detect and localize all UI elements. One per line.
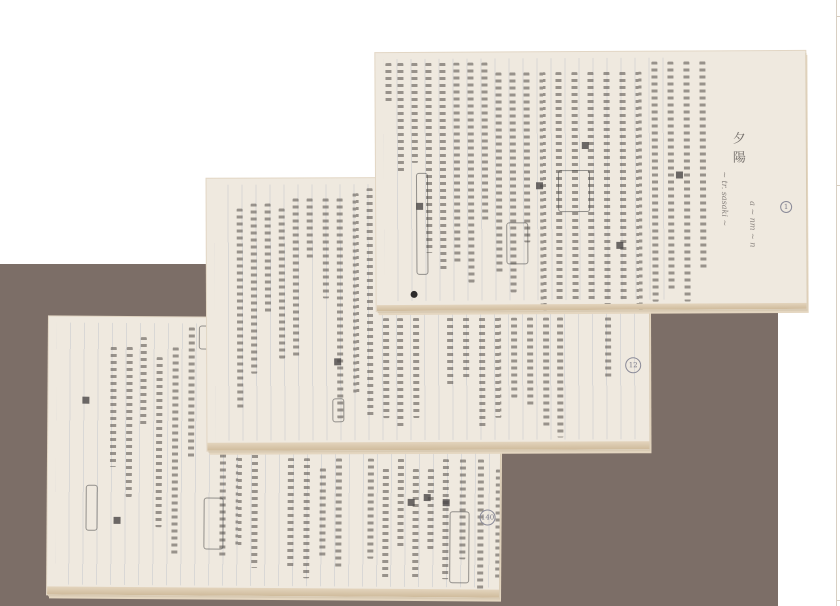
right-edge-line [836, 0, 837, 606]
manuscript-title: 夕陽 [728, 131, 747, 169]
correction-mark [676, 172, 683, 179]
correction-mark [114, 517, 121, 524]
manuscript-page-1: 夕陽 ~ tr. sasaki ~ a ~ nm ~ n 1 [375, 51, 806, 311]
title-annotation: ~ tr. sasaki ~ [720, 171, 730, 271]
correction-mark [424, 494, 431, 501]
page-number: 140 [480, 509, 496, 525]
correction-mark [82, 397, 89, 404]
page-number: 1 [780, 201, 792, 213]
correction-mark [443, 499, 450, 506]
correction-mark [582, 142, 589, 149]
edge-tick [836, 16, 840, 17]
page-number: 12 [625, 357, 641, 373]
ink-dot [411, 291, 418, 298]
title-annotation: a ~ nm ~ n [748, 201, 757, 291]
correction-mark [536, 182, 543, 189]
correction-mark [408, 499, 415, 506]
edge-tick [836, 185, 840, 186]
correction-mark [616, 242, 623, 249]
correction-mark [334, 358, 341, 365]
paper-stack-edge [207, 441, 649, 451]
edge-tick [836, 600, 840, 601]
